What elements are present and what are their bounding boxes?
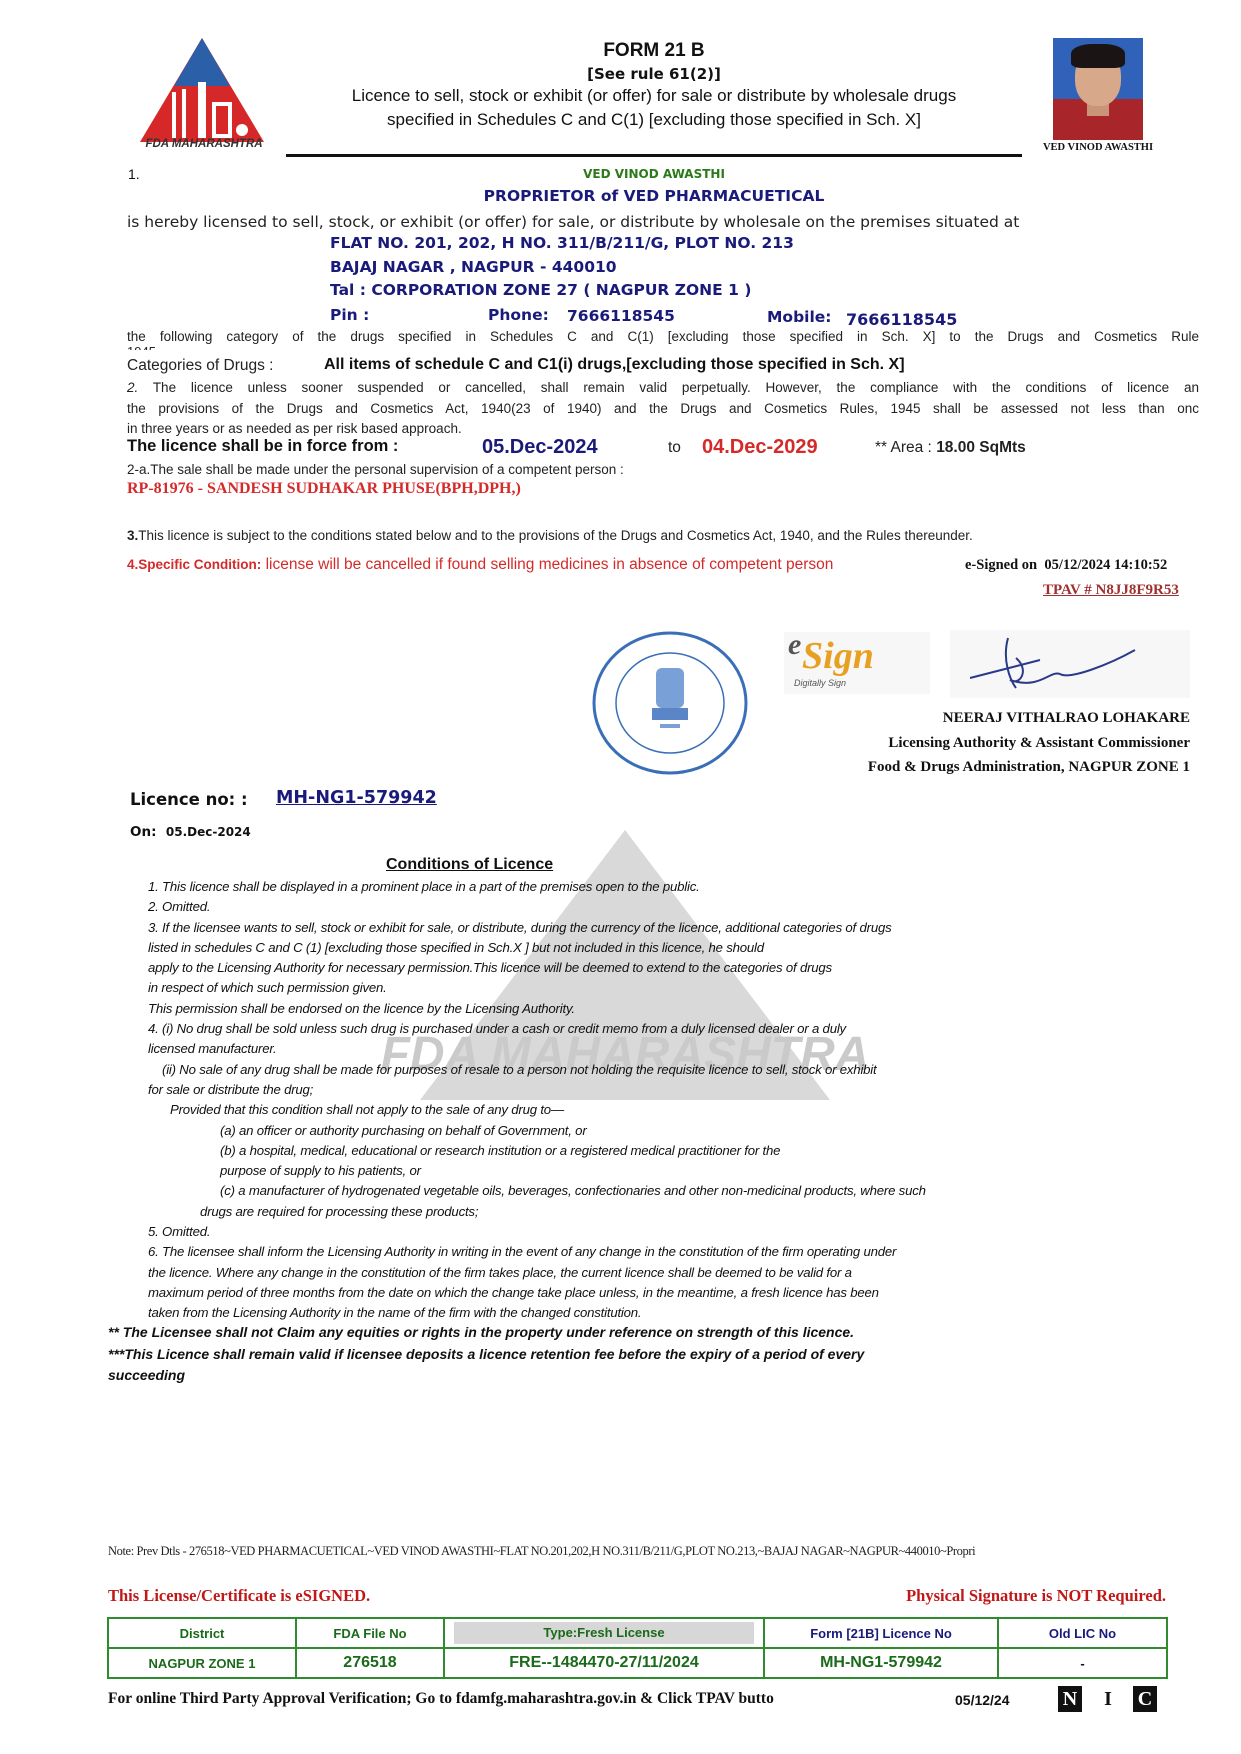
condition-line: the licence. Where any change in the con… — [148, 1263, 1008, 1283]
licence-on-label: On: — [130, 824, 157, 840]
address-line2: BAJAJ NAGAR , NAGPUR - 440010 — [330, 258, 617, 276]
to-label: to — [668, 439, 681, 457]
clause2-line2: the provisions of the Drugs and Cosmetic… — [127, 401, 1199, 416]
force-label: The licence shall be in force from : — [127, 437, 398, 456]
address-line3: Tal : CORPORATION ZONE 27 ( NAGPUR ZONE … — [330, 281, 751, 299]
logo-caption: FDA MAHARASHTRA — [134, 138, 274, 150]
item-number: 1. — [128, 166, 140, 182]
licence-no-value[interactable]: MH-NG1-579942 — [276, 788, 437, 808]
rule-reference: [See rule 61(2)] — [286, 65, 1022, 83]
condition-line: licensed manufacturer. — [148, 1039, 1008, 1059]
licensee-name: VED VINOD AWASTHI — [286, 167, 1022, 181]
mobile-label: Mobile: — [767, 308, 832, 326]
clause2-number: 2. — [127, 380, 138, 395]
condition-line: listed in schedules C and C (1) [excludi… — [148, 938, 1008, 958]
header-type: Type:Fresh License — [444, 1618, 764, 1648]
fda-seal — [590, 630, 750, 776]
clause2-line3: in three years or as needed as per risk … — [127, 421, 462, 436]
verification-text: For online Third Party Approval Verifica… — [108, 1690, 774, 1708]
condition-line: 1. This licence shall be displayed in a … — [148, 877, 1008, 897]
condition-line: purpose of supply to his patients, or — [148, 1161, 1008, 1181]
previous-details-note: Note: Prev Dtls - 276518~VED PHARMACUETI… — [108, 1544, 1198, 1559]
table-row: NAGPUR ZONE 1 276518 FRE--1484470-27/11/… — [108, 1648, 1167, 1678]
photo-caption: VED VINOD AWASTHI — [1030, 142, 1166, 153]
esign-logo-word: Sign — [802, 634, 874, 678]
condition-line: This permission shall be endorsed on the… — [148, 999, 1008, 1019]
nic-badge-n: N — [1058, 1686, 1082, 1712]
area-label: ** Area : — [875, 439, 932, 456]
area-value: 18.00 SqMts — [936, 439, 1026, 456]
condition-line: (b) a hospital, medical, educational or … — [148, 1141, 1008, 1161]
mobile-value: 7666118545 — [846, 310, 957, 329]
header-fda-file-no: FDA File No — [296, 1618, 444, 1648]
condition-line: (ii) No sale of any drug shall be made f… — [148, 1060, 1008, 1080]
condition-line: drugs are required for processing these … — [148, 1202, 1008, 1222]
esign-logo-e: e — [788, 628, 801, 662]
table-header-row: District FDA File No Type:Fresh License … — [108, 1618, 1167, 1648]
form-subtitle-line1: Licence to sell, stock or exhibit (or of… — [286, 86, 1022, 106]
condition-line: (a) an officer or authority purchasing o… — [148, 1121, 1008, 1141]
footer-date: 05/12/24 — [955, 1692, 1010, 1708]
category-text-overflow: 1945 — [127, 344, 156, 350]
condition-line: 6. The licensee shall inform the Licensi… — [148, 1242, 1008, 1262]
clause-2a: 2-a.The sale shall be made under the per… — [127, 462, 624, 477]
condition-line: 3. If the licensee wants to sell, stock … — [148, 918, 1008, 938]
valid-to: 04.Dec-2029 — [702, 436, 818, 459]
categories-label: Categories of Drugs : — [127, 357, 273, 375]
condition-line: apply to the Licensing Authority for nec… — [148, 958, 1008, 978]
condition-line: 4. (i) No drug shall be sold unless such… — [148, 1019, 1008, 1039]
cell-district: NAGPUR ZONE 1 — [108, 1648, 296, 1678]
header-old-lic-no: Old LIC No — [998, 1618, 1167, 1648]
proprietor-line: PROPRIETOR of VED PHARMACUETICAL — [286, 187, 1022, 205]
note-retention-line1: ***This Licence shall remain valid if li… — [108, 1346, 864, 1362]
licence-summary-table: District FDA File No Type:Fresh License … — [107, 1617, 1168, 1679]
licence-on: On: 05.Dec-2024 — [130, 824, 251, 840]
competent-person: RP-81976 - SANDESH SUDHAKAR PHUSE(BPH,DP… — [127, 480, 521, 498]
cell-type: FRE--1484470-27/11/2024 — [444, 1648, 764, 1678]
fda-maharashtra-logo: FDA MAHARASHTRA — [132, 34, 272, 159]
conditions-list: 1. This licence shall be displayed in a … — [148, 877, 1008, 1324]
address-line1: FLAT NO. 201, 202, H NO. 311/B/211/G, PL… — [330, 234, 794, 252]
conditions-title: Conditions of Licence — [386, 856, 553, 874]
licence-on-value: 05.Dec-2024 — [166, 825, 251, 839]
form-title: FORM 21 B — [286, 40, 1022, 62]
esign-tagline: Digitally Sign — [794, 678, 846, 688]
esigned-label: e-Signed on — [965, 557, 1037, 573]
esigned-on: e-Signed on 05/12/2024 14:10:52 — [965, 557, 1167, 574]
condition-line: in respect of which such permission give… — [148, 978, 1008, 998]
header-district: District — [108, 1618, 296, 1648]
condition-line: taken from the Licensing Authority in th… — [148, 1303, 1008, 1323]
clause4: 4.Specific Condition: license will be ca… — [127, 556, 833, 574]
nic-badge-c: C — [1133, 1686, 1157, 1712]
authority-office: Food & Drugs Administration, NAGPUR ZONE… — [780, 759, 1190, 776]
condition-line: (c) a manufacturer of hydrogenated veget… — [148, 1181, 1008, 1201]
specific-condition-label: 4.Specific Condition: — [127, 557, 261, 572]
condition-line: for sale or distribute the drug; — [148, 1080, 1008, 1100]
physical-signature-notice: Physical Signature is NOT Required. — [860, 1586, 1166, 1606]
authority-title: Licensing Authority & Assistant Commissi… — [800, 735, 1190, 752]
phone-label: Phone: — [488, 306, 549, 324]
condition-line: 2. Omitted. — [148, 897, 1008, 917]
authority-name: NEERAJ VITHALRAO LOHAKARE — [840, 710, 1190, 727]
header-licence-no: Form [21B] Licence No — [764, 1618, 998, 1648]
phone-value: 7666118545 — [567, 307, 675, 325]
form-subtitle-line2: specified in Schedules C and C(1) [exclu… — [286, 110, 1022, 130]
clause3: 3.This licence is subject to the conditi… — [127, 528, 973, 543]
licence-no-label: Licence no: : — [130, 790, 248, 809]
tpav-link[interactable]: TPAV # N8JJ8F9R53 — [1043, 582, 1179, 599]
authority-signature — [950, 630, 1190, 698]
note-equities: ** The Licensee shall not Claim any equi… — [108, 1324, 854, 1340]
area: ** Area : 18.00 SqMts — [875, 439, 1026, 457]
note-retention-line2: succeeding — [108, 1367, 185, 1383]
specific-condition-text: license will be cancelled if found selli… — [261, 556, 833, 573]
condition-line: Provided that this condition shall not a… — [148, 1100, 1008, 1120]
cell-fda-file-no: 276518 — [296, 1648, 444, 1678]
condition-line: maximum period of three months from the … — [148, 1283, 1008, 1303]
pin-label: Pin : — [330, 306, 369, 324]
cell-old-lic-no: - — [998, 1648, 1167, 1678]
esigned-datetime: 05/12/2024 14:10:52 — [1044, 557, 1167, 573]
licensed-text: is hereby licensed to sell, stock, or ex… — [127, 213, 1019, 231]
cell-licence-no: MH-NG1-579942 — [764, 1648, 998, 1678]
licensee-photo — [1053, 38, 1143, 140]
header-divider — [286, 154, 1022, 157]
categories-value: All items of schedule C and C1(i) drugs,… — [324, 356, 905, 374]
esign-logo: e Sign Digitally Sign — [784, 632, 930, 694]
category-text: the following category of the drugs spec… — [127, 329, 1199, 344]
valid-from: 05.Dec-2024 — [482, 436, 598, 459]
esigned-notice: This License/Certificate is eSIGNED. — [108, 1586, 370, 1606]
clause2-line1: 2. The licence unless sooner suspended o… — [127, 380, 1199, 395]
nic-badge-i: I — [1096, 1686, 1120, 1712]
condition-line: 5. Omitted. — [148, 1222, 1008, 1242]
